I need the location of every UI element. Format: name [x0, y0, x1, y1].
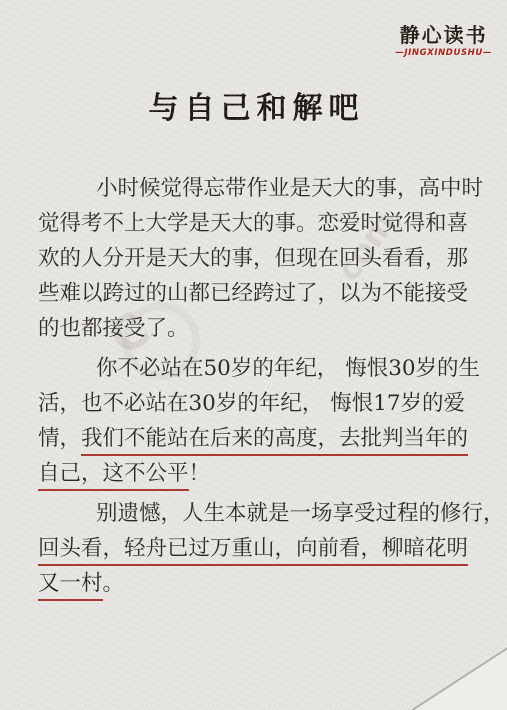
plain-text: 的也都接受了。 [38, 316, 189, 341]
plain-text: 小时候觉得忘带作业是天大的事，高中时 [96, 176, 483, 201]
text-line: 的也都接受了。 [38, 311, 472, 346]
plain-text: 活，也不必站在30岁的年纪， 悔恨17岁的爱 [38, 391, 465, 416]
text-line: 又一村。 [38, 566, 472, 601]
underlined-text: 又一村 [38, 571, 103, 601]
text-line: 自己，这不公平！ [38, 456, 472, 491]
underlined-text: 我们不能站在后来的高度，去批判当年的 [81, 426, 468, 456]
paragraph: 别遗憾，人生本就是一场享受过程的修行，回头看，轻舟已过万重山，向前看，柳暗花明又… [38, 496, 472, 601]
text-line: 些难以跨过的山都已经跨过了，以为不能接受 [38, 276, 472, 311]
text-line: 小时候觉得忘带作业是天大的事，高中时 [38, 171, 472, 206]
page-title: 与自己和解吧 [0, 90, 507, 128]
article-body: 小时候觉得忘带作业是天大的事，高中时觉得考不上大学是天大的事。恋爱时觉得和喜欢的… [38, 171, 472, 601]
brand-logo: 静心读书 —JINGXINDUSHU— [395, 23, 492, 58]
plain-text: 欢的人分开是天大的事，但现在回头看看，那 [38, 246, 468, 271]
text-line: 情，我们不能站在后来的高度，去批判当年的 [38, 421, 472, 456]
plain-text: 别遗憾，人生本就是一场享受过程的修行， [96, 501, 505, 526]
paragraph: 小时候觉得忘带作业是天大的事，高中时觉得考不上大学是天大的事。恋爱时觉得和喜欢的… [38, 171, 472, 346]
text-line: 回头看，轻舟已过万重山，向前看，柳暗花明 [38, 531, 472, 566]
text-line: 欢的人分开是天大的事，但现在回头看看，那 [38, 241, 472, 276]
text-line: 觉得考不上大学是天大的事。恋爱时觉得和喜 [38, 206, 472, 241]
underlined-text: 回头看，轻舟已过万重山，向前看，柳暗花明 [38, 536, 468, 566]
brand-name-chinese: 静心读书 [395, 23, 492, 47]
underlined-text: 自己，这不公平 [38, 461, 189, 491]
plain-text: 觉得考不上大学是天大的事。恋爱时觉得和喜 [38, 211, 468, 236]
plain-text: 。 [103, 571, 125, 596]
text-line: 别遗憾，人生本就是一场享受过程的修行， [38, 496, 472, 531]
paragraph: 你不必站在50岁的年纪， 悔恨30岁的生活，也不必站在30岁的年纪， 悔恨17岁… [38, 351, 472, 491]
brand-name-romanized: —JINGXINDUSHU— [395, 48, 492, 58]
plain-text: 些难以跨过的山都已经跨过了，以为不能接受 [38, 281, 468, 306]
plain-text: ！ [189, 461, 211, 486]
text-line: 你不必站在50岁的年纪， 悔恨30岁的生 [38, 351, 472, 386]
text-line: 活，也不必站在30岁的年纪， 悔恨17岁的爱 [38, 386, 472, 421]
reading-card: C .com 静心读书 —JINGXINDUSHU— 与自己和解吧 小时候觉得忘… [0, 0, 507, 710]
plain-text: 情， [38, 426, 81, 451]
plain-text: 你不必站在50岁的年纪， 悔恨30岁的生 [96, 356, 480, 381]
